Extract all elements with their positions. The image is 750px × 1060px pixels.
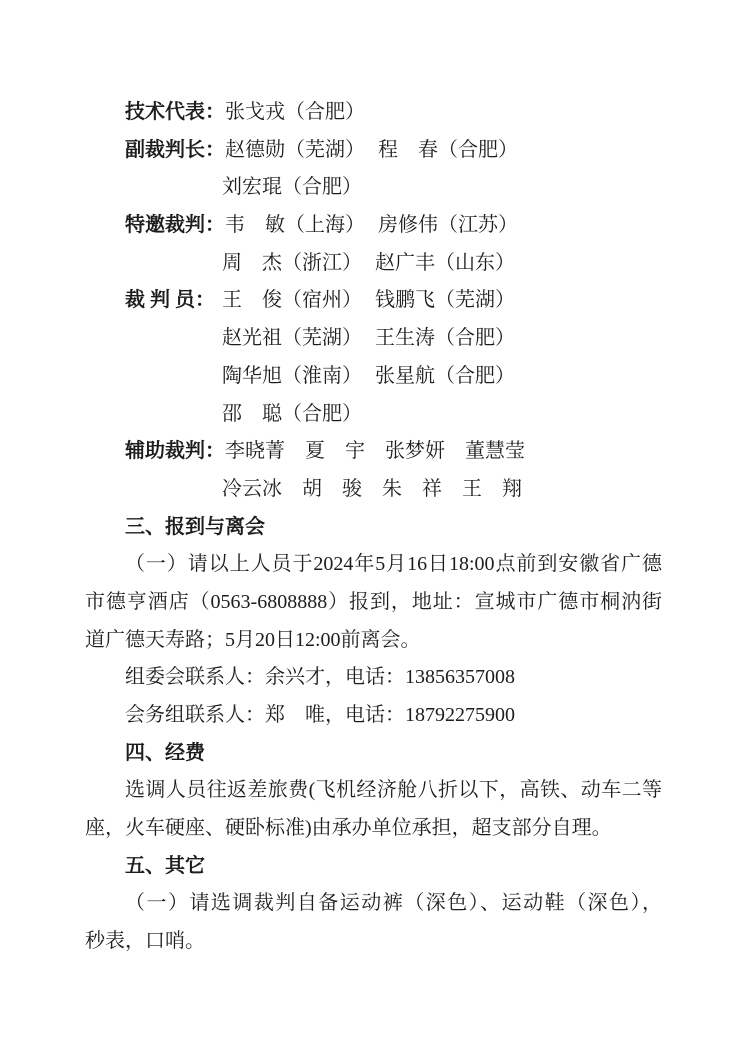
document-page: 技术代表： 张戈戎（合肥） 副裁判长： 赵德勋（芜湖） 程 春（合肥） 刘宏琨（… [0,0,750,1060]
officials-roster: 技术代表： 张戈戎（合肥） 副裁判长： 赵德勋（芜湖） 程 春（合肥） 刘宏琨（… [85,94,662,509]
roster-row-invited-referees-cont: 周 杰（浙江） 赵广丰（山东） [85,245,662,283]
roster-row-referees: 裁 判 员： 王 俊（宿州） 钱鹏飞（芜湖） [85,282,662,320]
roster-role-label [125,471,222,509]
roster-role-label [125,245,222,283]
roster-row-assistant-referees: 辅助裁判： 李晓菁 夏 宇 张梦妍 董慧莹 [85,433,662,471]
roster-row-invited-referees: 特邀裁判： 韦 敏（上海） 房修伟（江苏） [85,207,662,245]
paragraph-line: 道广德天寿路；5月20日12:00前离会。 [85,622,662,660]
section-checkin-departure: 三、报到与离会 （一）请以上人员于2024年5月16日18:00点前到安徽省广德… [85,509,662,735]
conference-affairs-contact-line: 会务组联系人：郑 唯，电话：18792275900 [85,697,662,735]
roster-row-assistant-referees-cont: 冷云冰 胡 骏 朱 祥 王 翔 [85,471,662,509]
paragraph-line: 市德亨酒店（0563-6808888）报到，地址：宣城市广德市桐汭街 [85,584,662,622]
roster-names-col1: 刘宏琨（合肥） [222,169,375,207]
roster-names-col2: 赵广丰（山东） [375,245,515,283]
paragraph-line: （一）请以上人员于2024年5月16日18:00点前到安徽省广德 [85,546,662,584]
roster-names-col2: 房修伟（江苏） [378,207,518,245]
roster-names-col2: 钱鹏飞（芜湖） [375,282,515,320]
roster-role-label [125,396,222,434]
roster-row-deputy-chief-referee-cont: 刘宏琨（合肥） [85,169,662,207]
section-funding: 四、经费 选调人员往返差旅费(飞机经济舱八折以下，高铁、动车二等 座，火车硬座、… [85,735,662,848]
section-3-heading: 三、报到与离会 [85,509,662,547]
roster-role-label: 特邀裁判： [125,207,225,245]
roster-names-col1: 李晓菁 夏 宇 张梦妍 董慧莹 [225,433,525,471]
roster-role-label [125,169,222,207]
roster-names-col1: 王 俊（宿州） [222,282,375,320]
roster-role-label [125,358,222,396]
organizing-committee-contact-line: 组委会联系人：余兴才，电话：13856357008 [85,659,662,697]
roster-role-label: 副裁判长： [125,132,225,170]
roster-role-label: 裁 判 员： [125,282,222,320]
roster-names-col1: 赵光祖（芜湖） [222,320,375,358]
roster-role-label: 技术代表： [125,94,225,132]
roster-row-technical-delegate: 技术代表： 张戈戎（合肥） [85,94,662,132]
document-body: 技术代表： 张戈戎（合肥） 副裁判长： 赵德勋（芜湖） 程 春（合肥） 刘宏琨（… [85,94,662,961]
roster-row-referees-cont-2: 陶华旭（淮南） 张星航（合肥） [85,358,662,396]
roster-names-col2: 程 春（合肥） [378,132,518,170]
roster-names-col1: 赵德勋（芜湖） [225,132,378,170]
roster-names-col1: 周 杰（浙江） [222,245,375,283]
roster-row-referees-cont-3: 邵 聪（合肥） [85,396,662,434]
paragraph-line: 选调人员往返差旅费(飞机经济舱八折以下，高铁、动车二等 [85,772,662,810]
roster-row-deputy-chief-referee: 副裁判长： 赵德勋（芜湖） 程 春（合肥） [85,132,662,170]
roster-names-col1: 韦 敏（上海） [225,207,378,245]
roster-names-col2: 王生涛（合肥） [375,320,515,358]
section-4-heading: 四、经费 [85,735,662,773]
paragraph-line: 座，火车硬座、硬卧标准)由承办单位承担，超支部分自理。 [85,810,662,848]
paragraph-line: （一）请选调裁判自备运动裤（深色）、运动鞋（深色）， [85,885,662,923]
section-other: 五、其它 （一）请选调裁判自备运动裤（深色）、运动鞋（深色）， 秒表，口哨。 [85,848,662,961]
roster-row-referees-cont-1: 赵光祖（芜湖） 王生涛（合肥） [85,320,662,358]
roster-names-col1: 陶华旭（淮南） [222,358,375,396]
section-5-heading: 五、其它 [85,848,662,886]
roster-role-label [125,320,222,358]
roster-names-col1: 张戈戎（合肥） [225,94,378,132]
roster-names-col1: 冷云冰 胡 骏 朱 祥 王 翔 [222,471,522,509]
roster-names-col1: 邵 聪（合肥） [222,396,375,434]
paragraph-line: 秒表，口哨。 [85,923,662,961]
roster-role-label: 辅助裁判： [125,433,225,471]
roster-names-col2: 张星航（合肥） [375,358,515,396]
